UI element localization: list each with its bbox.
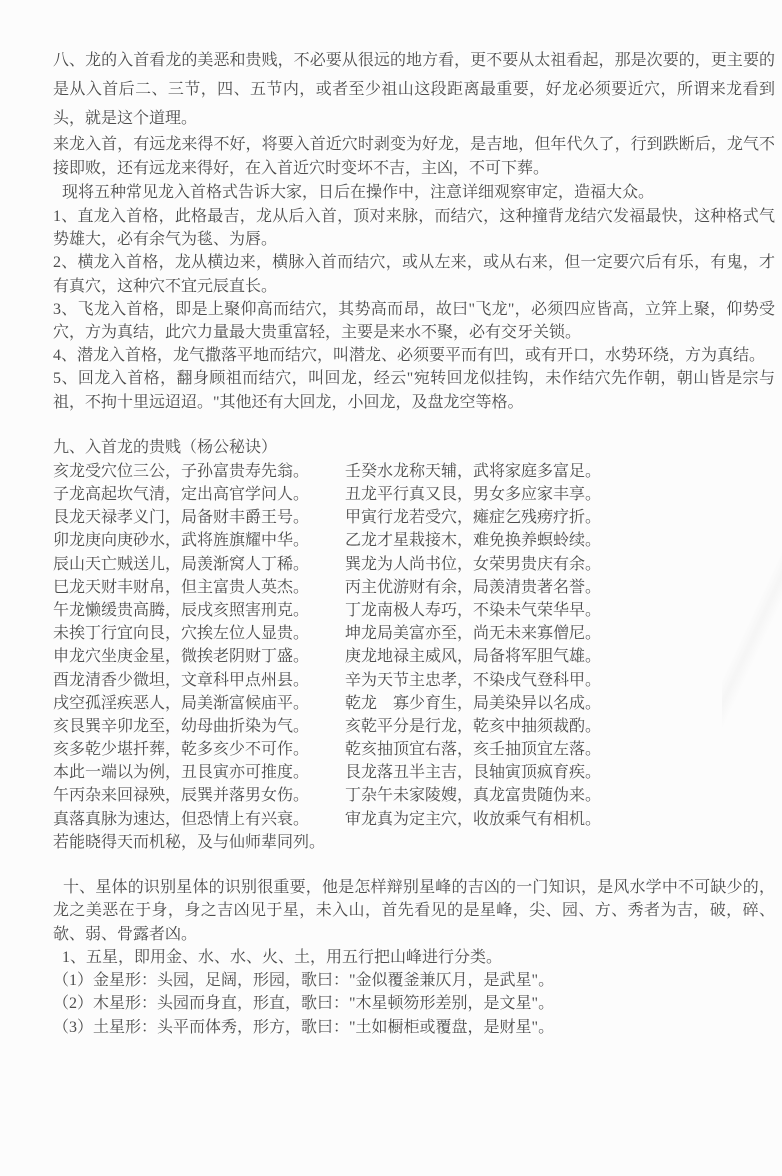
- star-subitem-earth: （3）土星形：头平而体秀，形方，歌曰："土如橱柜或覆盘，是财星"。: [53, 1016, 775, 1039]
- verse-right: 甲寅行龙若受穴，瘫症乞残痨疗折。: [345, 506, 775, 529]
- couplet-row: 巳龙天财丰财帛，但主富贵人英杰。 丙主优游财有余，局羡清贵著名誉。: [53, 576, 775, 599]
- verse-right: 巽龙为人尚书位，女荣男贵庆有余。: [345, 553, 775, 576]
- verse-right: 亥乾平分是行龙，乾亥中抽须裁酌。: [345, 715, 775, 738]
- verse-left: 亥多乾少堪扦葬，乾多亥少不可作。: [53, 738, 345, 761]
- couplet-table: 亥龙受穴位三公，子孙富贵寿先翁。 壬癸水龙称天辅，武将家庭多富足。 子龙高起坎气…: [53, 460, 775, 854]
- couplet-row: 戌空孤淫疾恶人，局美渐富候庙平。 乾龙 寡少育生，局美染异以名成。: [53, 692, 775, 715]
- verse-right: 审龙真为定主穴，收放乘气有相机。: [345, 808, 775, 831]
- verse-left: 辰山天亡贼送儿，局羡渐窝人丁稀。: [53, 553, 345, 576]
- verse-left: 子龙高起坎气清，定出高官学问人。: [53, 483, 345, 506]
- page-content: 八、龙的入首看龙的美恶和贵贱，不必要从很远的地方看，更不要从太祖看起，那是次要的…: [0, 0, 782, 1176]
- star-subitem-wood: （2）木星形：头园而身直，形直，歌曰："木星顿笏形差别，是文星"。: [53, 992, 775, 1015]
- verse-left: 亥龙受穴位三公，子孙富贵寿先翁。: [53, 460, 345, 483]
- verse-right: 辛为天节主忠孝，不染戌气登科甲。: [345, 669, 775, 692]
- verse-right: 艮龙落丑半主吉，艮轴寅顶疯育疾。: [345, 761, 775, 784]
- verse-right: 丁杂午未家陵嫂，真龙富贵随伪来。: [345, 784, 775, 807]
- verse-right: 乙龙才星栽接木，难免换养螟蛉续。: [345, 529, 775, 552]
- verse-left: 酉龙清香少微坦，文章科甲点州县。: [53, 669, 345, 692]
- couplet-row: 亥龙受穴位三公，子孙富贵寿先翁。 壬癸水龙称天辅，武将家庭多富足。: [53, 460, 775, 483]
- couplet-row: 卯龙庚向庚砂水，武将旌旗耀中华。 乙龙才星栽接木，难免换养螟蛉续。: [53, 529, 775, 552]
- section-ten-intro: 十、星体的识别星体的识别很重要，他是怎样辩别星峰的吉凶的一门知识，是风水学中不可…: [53, 876, 775, 946]
- verse-left: 午龙懒缓贵高腾，辰戌亥照害刑克。: [53, 599, 345, 622]
- verse-right: 丁龙南极人寿巧，不染未气荣华早。: [345, 599, 775, 622]
- list-item-returning-dragon: 5、回龙入首格，翻身顾祖而结穴，叫回龙，经云"宛转回龙似挂钩，未作结穴先作朝，朝…: [53, 367, 775, 413]
- dragon-pattern-list: 1、直龙入首格，此格最吉，龙从后入首，顶对来脉，而结穴，这种撞背龙结穴发福最快，…: [53, 205, 775, 414]
- verse-right: 坤龙局美富亦至，尚无未来寡僧尼。: [345, 622, 775, 645]
- document-page: { "document": { "section_eight": { "para…: [0, 0, 782, 1176]
- couplet-row: 真落真脉为速达，但恐情上有兴衰。 审龙真为定主穴，收放乘气有相机。: [53, 808, 775, 831]
- couplet-row: 申龙穴坐庚金星，微挨老阴财丁盛。 庚龙地禄主威风，局备将军胆气雄。: [53, 645, 775, 668]
- list-item-straight-dragon: 1、直龙入首格，此格最吉，龙从后入首，顶对来脉，而结穴，这种撞背龙结穴发福最快，…: [53, 205, 775, 251]
- verse-left: 巳龙天财丰财帛，但主富贵人英杰。: [53, 576, 345, 599]
- paragraph-five-patterns-intro: 现将五种常见龙入首格式告诉大家，日后在操作中，注意详细观察审定，造福大众。: [53, 181, 775, 205]
- couplet-row: 艮龙天禄孝义门，局备财丰爵王号。 甲寅行龙若受穴，瘫症乞残痨疗折。: [53, 506, 775, 529]
- couplet-row: 午龙懒缓贵高腾，辰戌亥照害刑克。 丁龙南极人寿巧，不染未气荣华早。: [53, 599, 775, 622]
- verse-left: 艮龙天禄孝义门，局备财丰爵王号。: [53, 506, 345, 529]
- couplet-row: 本此一端以为例，丑艮寅亦可推度。 艮龙落丑半主吉，艮轴寅顶疯育疾。: [53, 761, 775, 784]
- list-item-horizontal-dragon: 2、横龙入首格，龙从横边来，横脉入首而结穴，或从左来，或从右来，但一定要穴后有乐…: [53, 251, 775, 297]
- verse-left: 未挨丁行宜向艮，穴挨左位人显贵。: [53, 622, 345, 645]
- list-item-flying-dragon: 3、飞龙入首格，即是上聚仰高而结穴，其势高而昂，故曰"飞龙"，必须四应皆高，立笄…: [53, 298, 775, 344]
- verse-right: 乾亥抽顶宜右落，亥壬抽顶宜左落。: [345, 738, 775, 761]
- verse-right: 壬癸水龙称天辅，武将家庭多富足。: [345, 460, 775, 483]
- couplet-row: 子龙高起坎气清，定出高官学问人。 丑龙平行真又艮，男女多应家丰享。: [53, 483, 775, 506]
- couplet-row: 亥艮巽辛卯龙至，幼母曲折染为气。 亥乾平分是行龙，乾亥中抽须裁酌。: [53, 715, 775, 738]
- verse-left: 午丙杂来回禄殃，辰巽并落男女伤。: [53, 784, 345, 807]
- verse-left: 真落真脉为速达，但恐情上有兴衰。: [53, 808, 345, 831]
- couplet-row: 未挨丁行宜向艮，穴挨左位人显贵。 坤龙局美富亦至，尚无未来寡僧尼。: [53, 622, 775, 645]
- five-stars-line: 1、五星，即用金、水、水、火、土，用五行把山峰进行分类。: [53, 946, 775, 969]
- verse-right: 乾龙 寡少育生，局美染异以名成。: [345, 692, 775, 715]
- couplet-row: 午丙杂来回禄殃，辰巽并落男女伤。 丁杂午未家陵嫂，真龙富贵随伪来。: [53, 784, 775, 807]
- verse-right: 庚龙地禄主威风，局备将军胆气雄。: [345, 645, 775, 668]
- couplet-row: 亥多乾少堪扦葬，乾多亥少不可作。 乾亥抽顶宜右落，亥壬抽顶宜左落。: [53, 738, 775, 761]
- list-item-hidden-dragon: 4、潜龙入首格，龙气撒落平地而结穴，叫潜龙、必须要平而有凹，或有开口，水势环绕，…: [53, 344, 775, 367]
- verse-left: 本此一端以为例，丑艮寅亦可推度。: [53, 761, 345, 784]
- verse-left: 戌空孤淫疾恶人，局美渐富候庙平。: [53, 692, 345, 715]
- couplet-row: 辰山天亡贼送儿，局羡渐窝人丁稀。 巽龙为人尚书位，女荣男贵庆有余。: [53, 553, 775, 576]
- verse-left: 亥艮巽辛卯龙至，幼母曲折染为气。: [53, 715, 345, 738]
- paragraph-dragon-head: 八、龙的入首看龙的美恶和贵贱，不必要从很远的地方看，更不要从太祖看起，那是次要的…: [53, 46, 775, 133]
- verse-left: 卯龙庚向庚砂水，武将旌旗耀中华。: [53, 529, 345, 552]
- couplet-closing-line: 若能晓得天而机秘，及与仙师辈同列。: [53, 831, 775, 854]
- star-subitem-metal: （1）金星形：头园，足阔，形园，歌曰："金似覆釜兼仄月，是武星"。: [53, 969, 775, 992]
- section-nine-title: 九、入首龙的贵贱（杨公秘诀）: [53, 436, 775, 460]
- couplet-row: 酉龙清香少微坦，文章科甲点州县。 辛为天节主忠孝，不染戌气登科甲。: [53, 669, 775, 692]
- verse-left: 申龙穴坐庚金星，微挨老阴财丁盛。: [53, 645, 345, 668]
- verse-right: 丑龙平行真又艮，男女多应家丰享。: [345, 483, 775, 506]
- paragraph-incoming-dragon: 来龙入首，有远龙来得不好，将要入首近穴时剥变为好龙，是吉地，但年代久了，行到跌断…: [53, 133, 775, 181]
- verse-right: 丙主优游财有余，局羡清贵著名誉。: [345, 576, 775, 599]
